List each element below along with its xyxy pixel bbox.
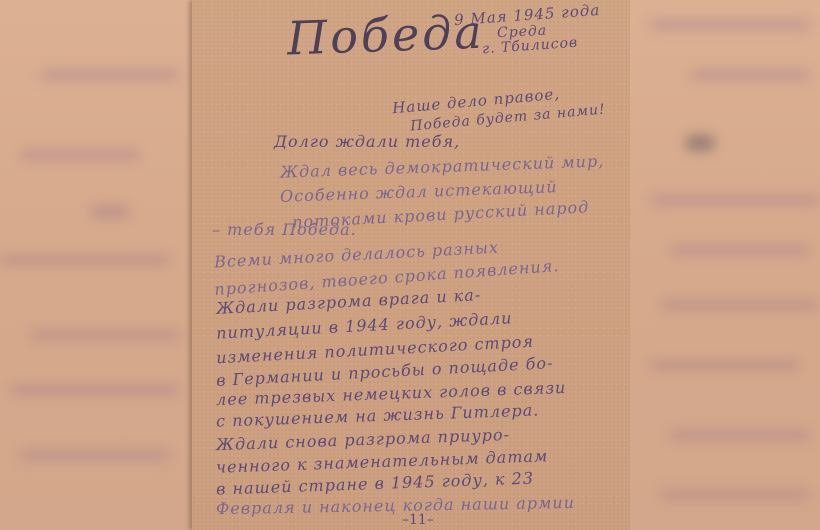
blurred-ink-stroke [685,135,715,151]
body-line: Долго ждали тебя, [274,132,460,151]
blurred-ink-stroke [670,430,810,440]
page-number: –11– [402,512,434,528]
blurred-ink-stroke [660,300,820,310]
document-page: Победа 9 Мая 1945 года Среда г. Тбилисов… [192,0,630,530]
blurred-ink-stroke [660,490,810,500]
blurred-background-right [630,0,820,530]
blurred-ink-stroke [20,450,170,460]
blurred-ink-stroke [90,205,130,219]
blurred-ink-stroke [650,20,810,30]
blurred-ink-stroke [40,70,180,80]
blurred-ink-stroke [20,150,140,160]
blurred-background-left [0,0,192,530]
blurred-ink-stroke [30,330,180,340]
blurred-ink-stroke [650,195,820,205]
header-city: г. Тбилисов [482,35,579,58]
blurred-ink-stroke [690,70,810,80]
body-line: – тебя Победа. [212,220,357,239]
blurred-ink-stroke [670,245,810,255]
blurred-ink-stroke [650,360,800,370]
blurred-ink-stroke [0,255,170,265]
blurred-ink-stroke [10,385,180,395]
